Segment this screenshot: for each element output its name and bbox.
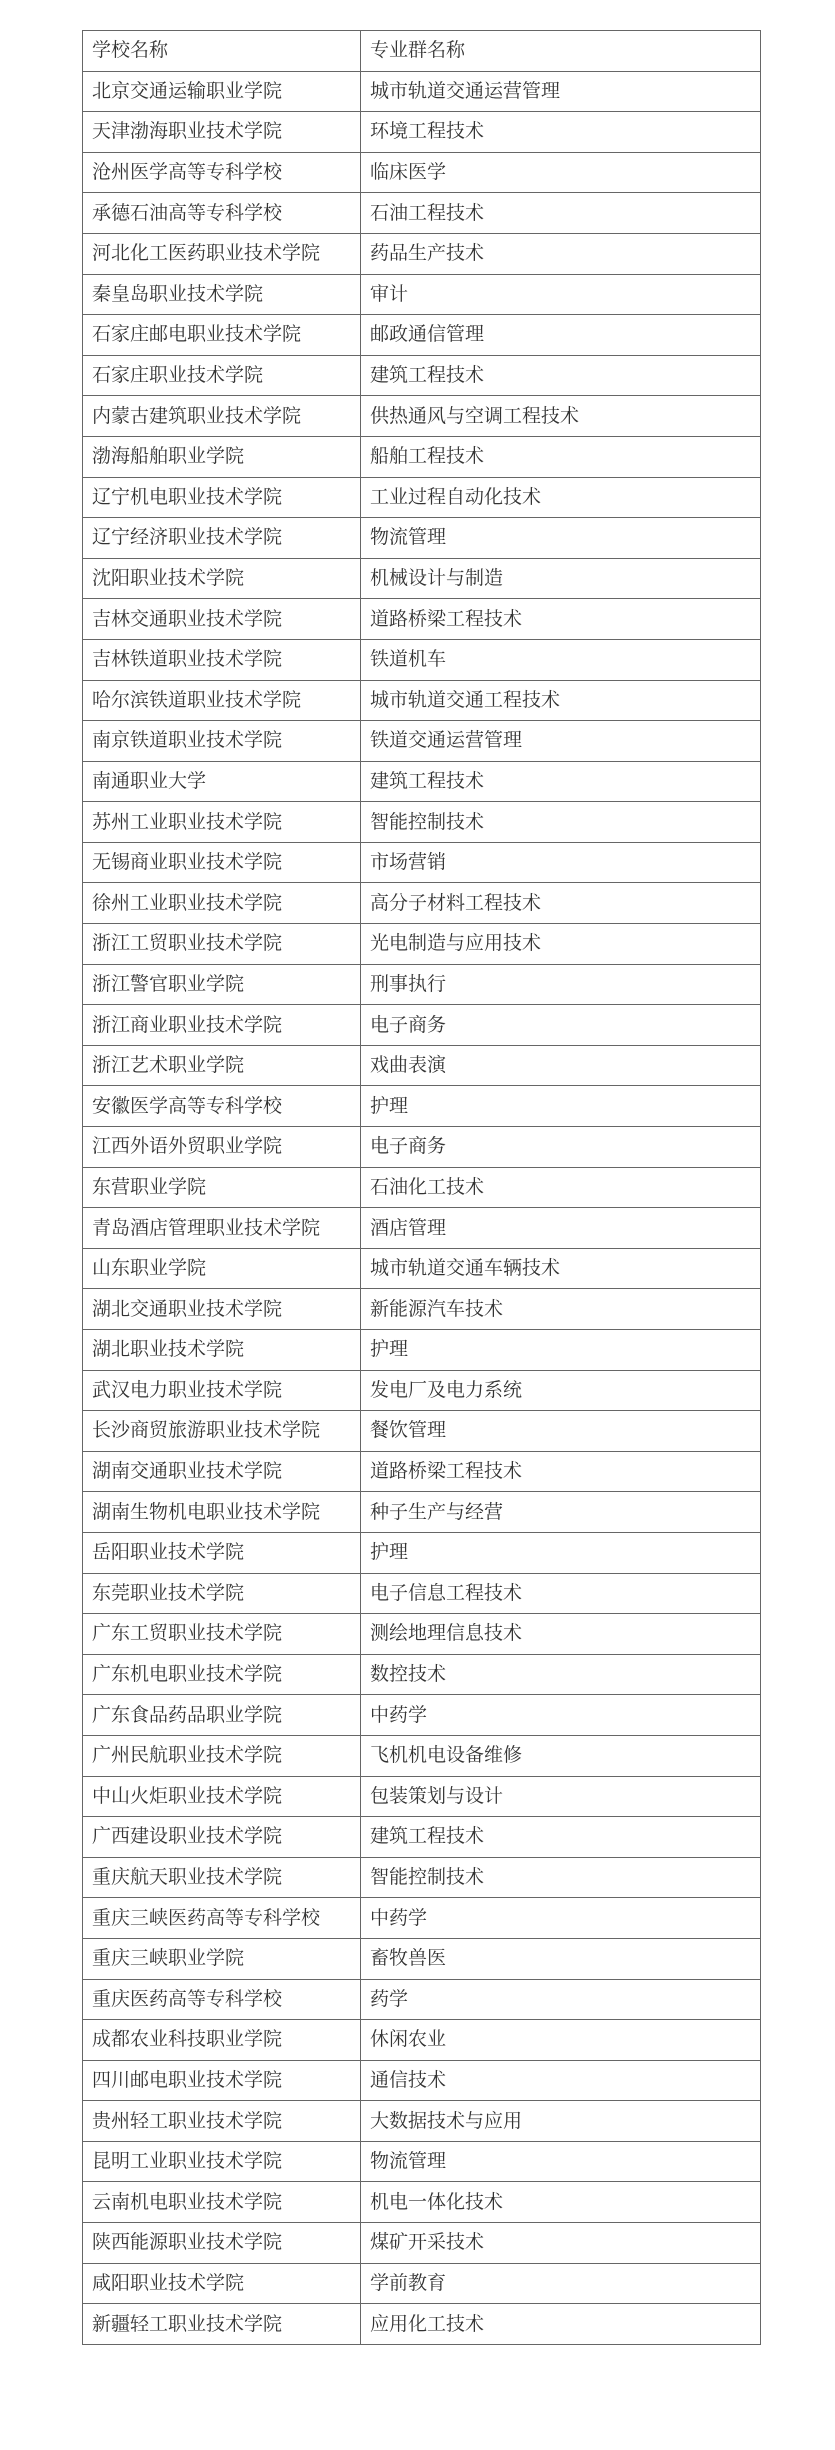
table-row: 无锡商业职业技术学院市场营销 [83, 842, 761, 883]
table-row: 陕西能源职业技术学院煤矿开采技术 [83, 2223, 761, 2264]
table-row: 重庆三峡医药高等专科学校中药学 [83, 1898, 761, 1939]
table-row: 广东机电职业技术学院数控技术 [83, 1654, 761, 1695]
specialty-group-cell: 包装策划与设计 [361, 1776, 761, 1817]
specialty-group-cell: 工业过程自动化技术 [361, 477, 761, 518]
school-name-cell: 石家庄职业技术学院 [83, 355, 361, 396]
table-row: 吉林铁道职业技术学院铁道机车 [83, 639, 761, 680]
school-name-cell: 广东机电职业技术学院 [83, 1654, 361, 1695]
school-name-cell: 江西外语外贸职业学院 [83, 1127, 361, 1168]
specialty-group-cell: 电子商务 [361, 1127, 761, 1168]
school-name-cell: 浙江艺术职业学院 [83, 1045, 361, 1086]
table-row: 重庆航天职业技术学院智能控制技术 [83, 1857, 761, 1898]
specialty-group-cell: 建筑工程技术 [361, 355, 761, 396]
table-row: 湖南交通职业技术学院道路桥梁工程技术 [83, 1451, 761, 1492]
specialty-group-cell: 护理 [361, 1086, 761, 1127]
table-row: 长沙商贸旅游职业技术学院餐饮管理 [83, 1411, 761, 1452]
school-name-cell: 沧州医学高等专科学校 [83, 152, 361, 193]
specialty-group-cell: 光电制造与应用技术 [361, 924, 761, 965]
school-name-cell: 石家庄邮电职业技术学院 [83, 315, 361, 356]
table-row: 石家庄邮电职业技术学院邮政通信管理 [83, 315, 761, 356]
school-name-cell: 吉林铁道职业技术学院 [83, 639, 361, 680]
specialty-group-cell: 智能控制技术 [361, 1857, 761, 1898]
table-row: 昆明工业职业技术学院物流管理 [83, 2141, 761, 2182]
school-specialty-table: 学校名称 专业群名称 北京交通运输职业学院城市轨道交通运营管理天津渤海职业技术学… [82, 30, 761, 2345]
school-name-cell: 青岛酒店管理职业技术学院 [83, 1208, 361, 1249]
table-row: 浙江工贸职业技术学院光电制造与应用技术 [83, 924, 761, 965]
table-row: 广东食品药品职业学院中药学 [83, 1695, 761, 1736]
specialty-group-cell: 城市轨道交通工程技术 [361, 680, 761, 721]
school-name-cell: 浙江工贸职业技术学院 [83, 924, 361, 965]
school-name-cell: 浙江商业职业技术学院 [83, 1005, 361, 1046]
table-row: 浙江商业职业技术学院电子商务 [83, 1005, 761, 1046]
specialty-group-cell: 船舶工程技术 [361, 436, 761, 477]
specialty-group-cell: 道路桥梁工程技术 [361, 1451, 761, 1492]
table-row: 武汉电力职业技术学院发电厂及电力系统 [83, 1370, 761, 1411]
specialty-group-cell: 学前教育 [361, 2263, 761, 2304]
specialty-group-cell: 药品生产技术 [361, 233, 761, 274]
table-row: 成都农业科技职业学院休闲农业 [83, 2020, 761, 2061]
specialty-group-cell: 铁道交通运营管理 [361, 721, 761, 762]
table-row: 东莞职业技术学院电子信息工程技术 [83, 1573, 761, 1614]
specialty-group-cell: 药学 [361, 1979, 761, 2020]
specialty-group-cell: 飞机机电设备维修 [361, 1735, 761, 1776]
table-row: 哈尔滨铁道职业技术学院城市轨道交通工程技术 [83, 680, 761, 721]
table-row: 秦皇岛职业技术学院审计 [83, 274, 761, 315]
specialty-group-cell: 休闲农业 [361, 2020, 761, 2061]
school-name-cell: 秦皇岛职业技术学院 [83, 274, 361, 315]
school-name-cell: 广东食品药品职业学院 [83, 1695, 361, 1736]
table-row: 湖北交通职业技术学院新能源汽车技术 [83, 1289, 761, 1330]
table-row: 广西建设职业技术学院建筑工程技术 [83, 1817, 761, 1858]
specialty-group-cell: 测绘地理信息技术 [361, 1614, 761, 1655]
school-name-cell: 武汉电力职业技术学院 [83, 1370, 361, 1411]
table-row: 安徽医学高等专科学校护理 [83, 1086, 761, 1127]
specialty-group-cell: 邮政通信管理 [361, 315, 761, 356]
specialty-group-cell: 机械设计与制造 [361, 558, 761, 599]
table-row: 河北化工医药职业技术学院药品生产技术 [83, 233, 761, 274]
table-row: 湖北职业技术学院护理 [83, 1330, 761, 1371]
specialty-group-cell: 高分子材料工程技术 [361, 883, 761, 924]
specialty-group-cell: 建筑工程技术 [361, 1817, 761, 1858]
school-name-cell: 重庆航天职业技术学院 [83, 1857, 361, 1898]
table-row: 承德石油高等专科学校石油工程技术 [83, 193, 761, 234]
table-row: 岳阳职业技术学院护理 [83, 1532, 761, 1573]
table-row: 辽宁经济职业技术学院物流管理 [83, 518, 761, 559]
specialty-group-cell: 刑事执行 [361, 964, 761, 1005]
specialty-group-cell: 戏曲表演 [361, 1045, 761, 1086]
table-row: 石家庄职业技术学院建筑工程技术 [83, 355, 761, 396]
school-name-cell: 东营职业学院 [83, 1167, 361, 1208]
specialty-group-cell: 石油工程技术 [361, 193, 761, 234]
specialty-group-cell: 市场营销 [361, 842, 761, 883]
table-row: 吉林交通职业技术学院道路桥梁工程技术 [83, 599, 761, 640]
school-name-cell: 长沙商贸旅游职业技术学院 [83, 1411, 361, 1452]
school-name-cell: 咸阳职业技术学院 [83, 2263, 361, 2304]
specialty-group-cell: 机电一体化技术 [361, 2182, 761, 2223]
school-name-cell: 辽宁机电职业技术学院 [83, 477, 361, 518]
specialty-group-cell: 智能控制技术 [361, 802, 761, 843]
school-name-cell: 山东职业学院 [83, 1248, 361, 1289]
school-name-cell: 东莞职业技术学院 [83, 1573, 361, 1614]
school-name-cell: 辽宁经济职业技术学院 [83, 518, 361, 559]
table-header: 学校名称 专业群名称 [83, 31, 761, 72]
table-body: 北京交通运输职业学院城市轨道交通运营管理天津渤海职业技术学院环境工程技术沧州医学… [83, 71, 761, 2344]
table-row: 渤海船舶职业学院船舶工程技术 [83, 436, 761, 477]
table-container: 学校名称 专业群名称 北京交通运输职业学院城市轨道交通运营管理天津渤海职业技术学… [82, 30, 761, 2345]
specialty-group-cell: 餐饮管理 [361, 1411, 761, 1452]
school-name-cell: 徐州工业职业技术学院 [83, 883, 361, 924]
table-row: 南京铁道职业技术学院铁道交通运营管理 [83, 721, 761, 762]
school-name-cell: 南京铁道职业技术学院 [83, 721, 361, 762]
school-name-cell: 哈尔滨铁道职业技术学院 [83, 680, 361, 721]
specialty-group-cell: 城市轨道交通运营管理 [361, 71, 761, 112]
table-row: 东营职业学院石油化工技术 [83, 1167, 761, 1208]
specialty-group-cell: 道路桥梁工程技术 [361, 599, 761, 640]
school-name-cell: 四川邮电职业技术学院 [83, 2060, 361, 2101]
specialty-group-cell: 种子生产与经营 [361, 1492, 761, 1533]
school-name-cell: 重庆三峡职业学院 [83, 1938, 361, 1979]
specialty-group-cell: 物流管理 [361, 2141, 761, 2182]
table-row: 湖南生物机电职业技术学院种子生产与经营 [83, 1492, 761, 1533]
school-name-cell: 渤海船舶职业学院 [83, 436, 361, 477]
school-name-cell: 广州民航职业技术学院 [83, 1735, 361, 1776]
specialty-group-cell: 数控技术 [361, 1654, 761, 1695]
table-row: 内蒙古建筑职业技术学院供热通风与空调工程技术 [83, 396, 761, 437]
school-name-cell: 广东工贸职业技术学院 [83, 1614, 361, 1655]
school-name-cell: 陕西能源职业技术学院 [83, 2223, 361, 2264]
school-name-cell: 浙江警官职业学院 [83, 964, 361, 1005]
school-name-cell: 贵州轻工职业技术学院 [83, 2101, 361, 2142]
specialty-group-cell: 畜牧兽医 [361, 1938, 761, 1979]
school-name-cell: 承德石油高等专科学校 [83, 193, 361, 234]
school-name-cell: 湖北交通职业技术学院 [83, 1289, 361, 1330]
table-row: 云南机电职业技术学院机电一体化技术 [83, 2182, 761, 2223]
school-name-cell: 湖北职业技术学院 [83, 1330, 361, 1371]
school-name-cell: 苏州工业职业技术学院 [83, 802, 361, 843]
specialty-group-cell: 通信技术 [361, 2060, 761, 2101]
table-row: 苏州工业职业技术学院智能控制技术 [83, 802, 761, 843]
school-name-cell: 重庆医药高等专科学校 [83, 1979, 361, 2020]
specialty-group-cell: 应用化工技术 [361, 2304, 761, 2345]
specialty-group-cell: 中药学 [361, 1898, 761, 1939]
specialty-group-cell: 铁道机车 [361, 639, 761, 680]
table-row: 青岛酒店管理职业技术学院酒店管理 [83, 1208, 761, 1249]
school-name-cell: 新疆轻工职业技术学院 [83, 2304, 361, 2345]
table-row: 新疆轻工职业技术学院应用化工技术 [83, 2304, 761, 2345]
school-name-cell: 湖南交通职业技术学院 [83, 1451, 361, 1492]
specialty-group-cell: 供热通风与空调工程技术 [361, 396, 761, 437]
specialty-group-cell: 新能源汽车技术 [361, 1289, 761, 1330]
page: 学校名称 专业群名称 北京交通运输职业学院城市轨道交通运营管理天津渤海职业技术学… [0, 0, 835, 2450]
table-row: 重庆医药高等专科学校药学 [83, 1979, 761, 2020]
specialty-group-cell: 发电厂及电力系统 [361, 1370, 761, 1411]
school-name-cell: 天津渤海职业技术学院 [83, 112, 361, 153]
table-row: 浙江艺术职业学院戏曲表演 [83, 1045, 761, 1086]
table-row: 广州民航职业技术学院飞机机电设备维修 [83, 1735, 761, 1776]
school-name-cell: 吉林交通职业技术学院 [83, 599, 361, 640]
table-row: 咸阳职业技术学院学前教育 [83, 2263, 761, 2304]
school-name-cell: 中山火炬职业技术学院 [83, 1776, 361, 1817]
specialty-group-cell: 石油化工技术 [361, 1167, 761, 1208]
school-name-cell: 广西建设职业技术学院 [83, 1817, 361, 1858]
school-name-cell: 昆明工业职业技术学院 [83, 2141, 361, 2182]
specialty-group-cell: 中药学 [361, 1695, 761, 1736]
school-name-cell: 安徽医学高等专科学校 [83, 1086, 361, 1127]
specialty-group-cell: 煤矿开采技术 [361, 2223, 761, 2264]
school-name-cell: 内蒙古建筑职业技术学院 [83, 396, 361, 437]
school-name-cell: 云南机电职业技术学院 [83, 2182, 361, 2223]
school-name-cell: 河北化工医药职业技术学院 [83, 233, 361, 274]
specialty-group-cell: 临床医学 [361, 152, 761, 193]
school-name-cell: 北京交通运输职业学院 [83, 71, 361, 112]
table-row: 南通职业大学建筑工程技术 [83, 761, 761, 802]
table-row: 北京交通运输职业学院城市轨道交通运营管理 [83, 71, 761, 112]
specialty-group-cell: 建筑工程技术 [361, 761, 761, 802]
specialty-group-cell: 电子信息工程技术 [361, 1573, 761, 1614]
table-row: 四川邮电职业技术学院通信技术 [83, 2060, 761, 2101]
table-row: 辽宁机电职业技术学院工业过程自动化技术 [83, 477, 761, 518]
table-row: 山东职业学院城市轨道交通车辆技术 [83, 1248, 761, 1289]
table-row: 贵州轻工职业技术学院大数据技术与应用 [83, 2101, 761, 2142]
specialty-group-cell: 护理 [361, 1532, 761, 1573]
table-row: 沈阳职业技术学院机械设计与制造 [83, 558, 761, 599]
specialty-group-cell: 物流管理 [361, 518, 761, 559]
school-name-cell: 重庆三峡医药高等专科学校 [83, 1898, 361, 1939]
header-row: 学校名称 专业群名称 [83, 31, 761, 72]
specialty-group-cell: 电子商务 [361, 1005, 761, 1046]
table-row: 沧州医学高等专科学校临床医学 [83, 152, 761, 193]
table-row: 江西外语外贸职业学院电子商务 [83, 1127, 761, 1168]
school-name-cell: 沈阳职业技术学院 [83, 558, 361, 599]
school-name-cell: 无锡商业职业技术学院 [83, 842, 361, 883]
specialty-group-cell: 审计 [361, 274, 761, 315]
specialty-group-cell: 护理 [361, 1330, 761, 1371]
school-name-cell: 成都农业科技职业学院 [83, 2020, 361, 2061]
specialty-group-cell: 环境工程技术 [361, 112, 761, 153]
column-header-specialty-group-name: 专业群名称 [361, 31, 761, 72]
school-name-cell: 南通职业大学 [83, 761, 361, 802]
table-row: 广东工贸职业技术学院测绘地理信息技术 [83, 1614, 761, 1655]
specialty-group-cell: 酒店管理 [361, 1208, 761, 1249]
school-name-cell: 岳阳职业技术学院 [83, 1532, 361, 1573]
column-header-school-name: 学校名称 [83, 31, 361, 72]
specialty-group-cell: 大数据技术与应用 [361, 2101, 761, 2142]
table-row: 重庆三峡职业学院畜牧兽医 [83, 1938, 761, 1979]
school-name-cell: 湖南生物机电职业技术学院 [83, 1492, 361, 1533]
specialty-group-cell: 城市轨道交通车辆技术 [361, 1248, 761, 1289]
table-row: 中山火炬职业技术学院包装策划与设计 [83, 1776, 761, 1817]
table-row: 天津渤海职业技术学院环境工程技术 [83, 112, 761, 153]
table-row: 浙江警官职业学院刑事执行 [83, 964, 761, 1005]
table-row: 徐州工业职业技术学院高分子材料工程技术 [83, 883, 761, 924]
